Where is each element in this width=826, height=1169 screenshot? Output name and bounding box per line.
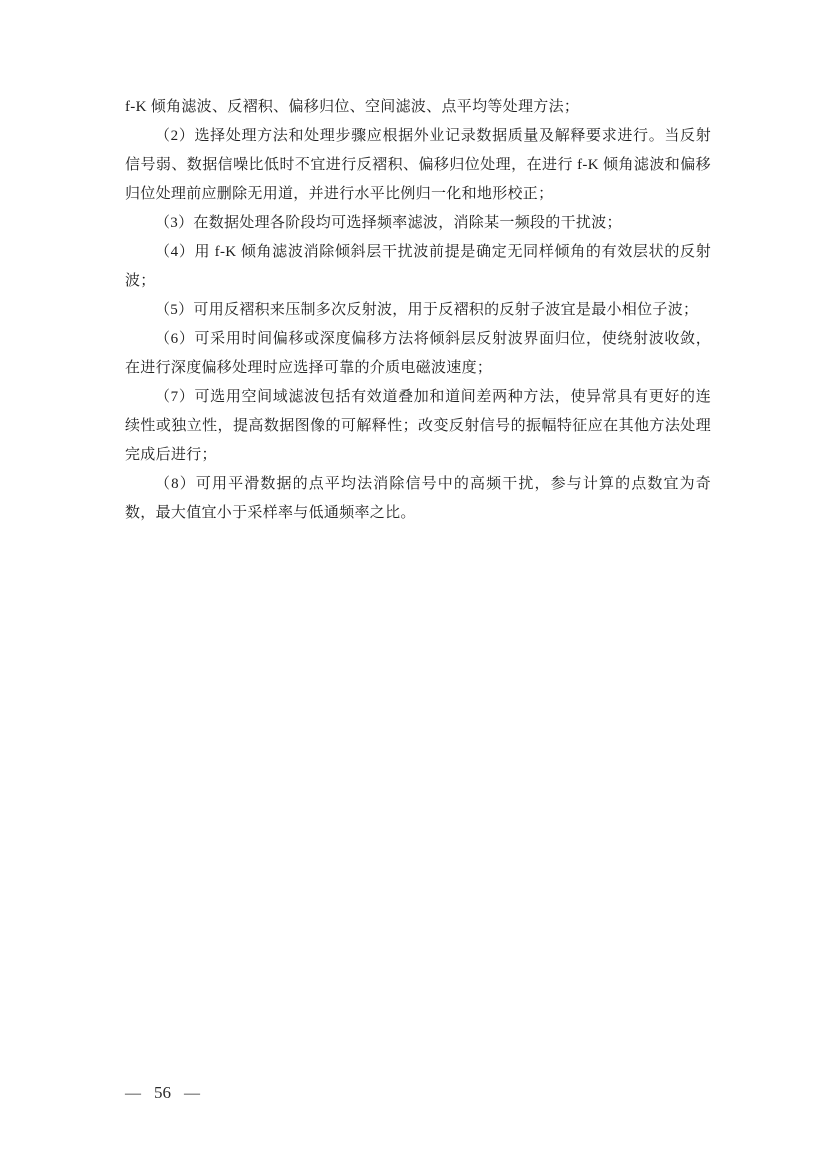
text-content: f-K 倾角滤波、反褶积、偏移归位、空间滤波、点平均等处理方法； （2）选择处理… xyxy=(125,93,711,528)
paragraph-8: （8）可用平滑数据的点平均法消除信号中的高频干扰，参与计算的点数宜为奇数，最大值… xyxy=(125,470,711,528)
paragraph-4: （4）用 f-K 倾角滤波消除倾斜层干扰波前提是确定无同样倾角的有效层状的反射波… xyxy=(125,238,711,296)
paragraph-7: （7）可选用空间域滤波包括有效道叠加和道间差两种方法，使异常具有更好的连续性或独… xyxy=(125,383,711,470)
footer-dash-left: — xyxy=(125,1083,141,1105)
document-page: f-K 倾角滤波、反褶积、偏移归位、空间滤波、点平均等处理方法； （2）选择处理… xyxy=(0,0,826,1169)
paragraph-6: （6）可采用时间偏移或深度偏移方法将倾斜层反射波界面归位，使绕射波收敛，在进行深… xyxy=(125,325,711,383)
paragraph-2: （2）选择处理方法和处理步骤应根据外业记录数据质量及解释要求进行。当反射信号弱、… xyxy=(125,122,711,209)
footer-dash-right: — xyxy=(184,1083,200,1105)
page-number: 56 xyxy=(154,1082,171,1104)
paragraph-3: （3）在数据处理各阶段均可选择频率滤波，消除某一频段的干扰波； xyxy=(125,209,711,238)
paragraph-5: （5）可用反褶积来压制多次反射波，用于反褶积的反射子波宜是最小相位子波； xyxy=(125,296,711,325)
page-footer: —56— xyxy=(125,1082,200,1105)
paragraph-continuation: f-K 倾角滤波、反褶积、偏移归位、空间滤波、点平均等处理方法； xyxy=(125,93,711,122)
